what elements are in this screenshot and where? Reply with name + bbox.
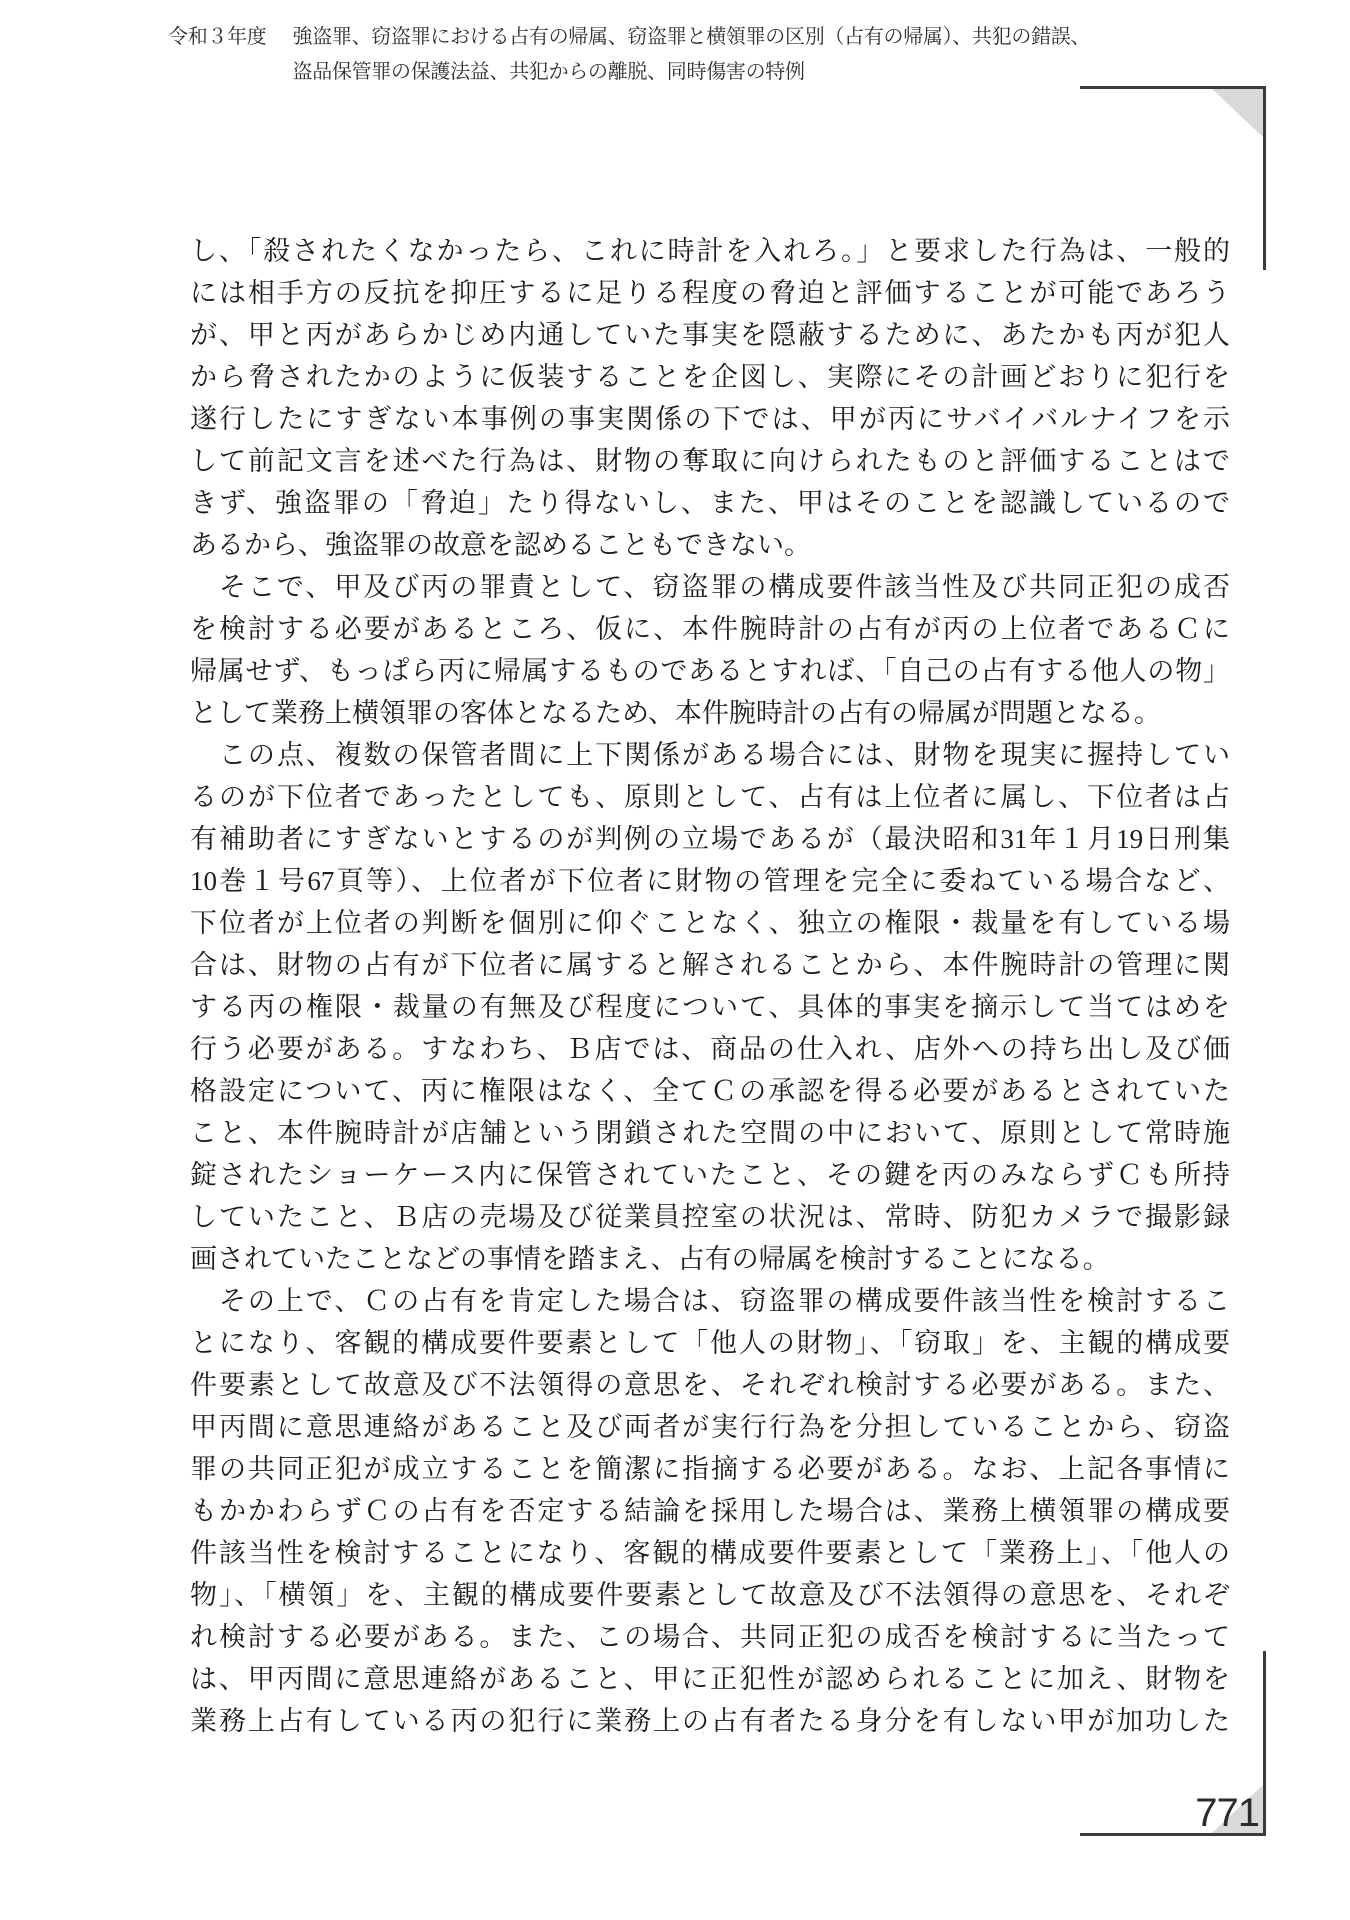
body-line: を検討する必要があるところ、仮に、本件腕時計の占有が丙の上位者であるＣに xyxy=(190,608,1230,650)
body-paragraph: その上で、Ｃの占有を肯定した場合は、窃盗罪の構成要件該当性を検討することになり、… xyxy=(190,1280,1230,1742)
body-line: 格設定について、丙に権限はなく、全てＣの承認を得る必要があるとされていた xyxy=(190,1070,1230,1112)
running-head-title-line2: 盗品保管罪の保護法益、共犯からの離脱、同時傷害の特例 xyxy=(293,55,1091,90)
body-line: その上で、Ｃの占有を肯定した場合は、窃盗罪の構成要件該当性を検討するこ xyxy=(190,1280,1230,1322)
body-line: 下位者が上位者の判断を個別に仰ぐことなく、独立の権限・裁量を有している場 xyxy=(190,902,1230,944)
body-text: し、「殺されたくなかったら、これに時計を入れろ。」と要求した行為は、一般的には相… xyxy=(190,230,1230,1742)
body-line: この点、複数の保管者間に上下関係がある場合には、財物を現実に握持してい xyxy=(190,734,1230,776)
body-paragraph: この点、複数の保管者間に上下関係がある場合には、財物を現実に握持しているのが下位… xyxy=(190,734,1230,1280)
body-line: 10巻１号67頁等）、上位者が下位者に財物の管理を完全に委ねている場合など、 xyxy=(190,860,1230,902)
body-line: には相手方の反抗を抑圧するに足りる程度の脅迫と評価することが可能であろう xyxy=(190,272,1230,314)
body-line: 業務上占有している丙の犯行に業務上の占有者たる身分を有しない甲が加功した xyxy=(190,1700,1230,1742)
body-line: 合は、財物の占有が下位者に属すると解されることから、本件腕時計の管理に関 xyxy=(190,944,1230,986)
body-line: 甲丙間に意思連絡があること及び両者が実行行為を分担していることから、窃盗 xyxy=(190,1406,1230,1448)
body-line: もかかわらずＣの占有を否定する結論を採用した場合は、業務上横領罪の構成要 xyxy=(190,1490,1230,1532)
page-number: 771 xyxy=(1195,1793,1259,1833)
body-line: から脅されたかのように仮装することを企図し、実際にその計画どおりに犯行を xyxy=(190,356,1230,398)
body-line: 遂行したにすぎない本事例の事実関係の下では、甲が丙にサバイバルナイフを示 xyxy=(190,398,1230,440)
body-line: 帰属せず、もっぱら丙に帰属するものであるとすれば、「自己の占有する他人の物」 xyxy=(190,650,1230,692)
fold-triangle-icon xyxy=(1212,89,1263,137)
body-line: れ検討する必要がある。また、この場合、共同正犯の成否を検討するに当たって xyxy=(190,1616,1230,1658)
body-line: 有補助者にすぎないとするのが判例の立場であるが（最決昭和31年１月19日刑集 xyxy=(190,818,1230,860)
running-head-title-line1: 強盗罪、窃盗罪における占有の帰属、窃盗罪と横領罪の区別（占有の帰属）、共犯の錯誤… xyxy=(293,20,1091,55)
body-line: 物」、「横領」を、主観的構成要件要素として故意及び不法領得の意思を、それぞ xyxy=(190,1574,1230,1616)
body-line: 画されていたことなどの事情を踏まえ、占有の帰属を検討することになる。 xyxy=(190,1238,1230,1280)
body-line: 錠されたショーケース内に保管されていたこと、その鍵を丙のみならずＣも所持 xyxy=(190,1154,1230,1196)
era-label: 令和３年度 xyxy=(168,20,267,90)
body-line: 件要素として故意及び不法領得の意思を、それぞれ検討する必要がある。また、 xyxy=(190,1364,1230,1406)
body-paragraph: し、「殺されたくなかったら、これに時計を入れろ。」と要求した行為は、一般的には相… xyxy=(190,230,1230,566)
body-line: そこで、甲及び丙の罪責として、窃盗罪の構成要件該当性及び共同正犯の成否 xyxy=(190,566,1230,608)
corner-ornament-bottom-right: 771 xyxy=(1080,1651,1266,1836)
body-line: こと、本件腕時計が店舗という閉鎖された空間の中において、原則として常時施 xyxy=(190,1112,1230,1154)
body-line: とになり、客観的構成要件要素として「他人の財物」、「窃取」を、主観的構成要 xyxy=(190,1322,1230,1364)
body-line: 罪の共同正犯が成立することを簡潔に指摘する必要がある。なお、上記各事情に xyxy=(190,1448,1230,1490)
body-line: していたこと、Ｂ店の売場及び従業員控室の状況は、常時、防犯カメラで撮影録 xyxy=(190,1196,1230,1238)
running-head-title: 強盗罪、窃盗罪における占有の帰属、窃盗罪と横領罪の区別（占有の帰属）、共犯の錯誤… xyxy=(293,20,1091,90)
body-line: 件該当性を検討することになり、客観的構成要件要素として「業務上」、「他人の xyxy=(190,1532,1230,1574)
body-line: する丙の権限・裁量の有無及び程度について、具体的事実を摘示して当てはめを xyxy=(190,986,1230,1028)
body-paragraph: そこで、甲及び丙の罪責として、窃盗罪の構成要件該当性及び共同正犯の成否を検討する… xyxy=(190,566,1230,734)
body-line: が、甲と丙があらかじめ内通していた事実を隠蔽するために、あたかも丙が犯人 xyxy=(190,314,1230,356)
body-line: して前記文言を述べた行為は、財物の奪取に向けられたものと評価することはで xyxy=(190,440,1230,482)
body-line: は、甲丙間に意思連絡があること、甲に正犯性が認められることに加え、財物を xyxy=(190,1658,1230,1700)
book-page: 令和３年度 強盗罪、窃盗罪における占有の帰属、窃盗罪と横領罪の区別（占有の帰属）… xyxy=(0,0,1350,1920)
body-line: きず、強盗罪の「脅迫」たり得ないし、また、甲はそのことを認識しているので xyxy=(190,482,1230,524)
running-head: 令和３年度 強盗罪、窃盗罪における占有の帰属、窃盗罪と横領罪の区別（占有の帰属）… xyxy=(168,20,1090,90)
body-line: 行う必要がある。すなわち、Ｂ店では、商品の仕入れ、店外への持ち出し及び価 xyxy=(190,1028,1230,1070)
body-line: として業務上横領罪の客体となるため、本件腕時計の占有の帰属が問題となる。 xyxy=(190,692,1230,734)
body-line: あるから、強盗罪の故意を認めることもできない。 xyxy=(190,524,1230,566)
body-line: るのが下位者であったとしても、原則として、占有は上位者に属し、下位者は占 xyxy=(190,776,1230,818)
body-line: し、「殺されたくなかったら、これに時計を入れろ。」と要求した行為は、一般的 xyxy=(190,230,1230,272)
